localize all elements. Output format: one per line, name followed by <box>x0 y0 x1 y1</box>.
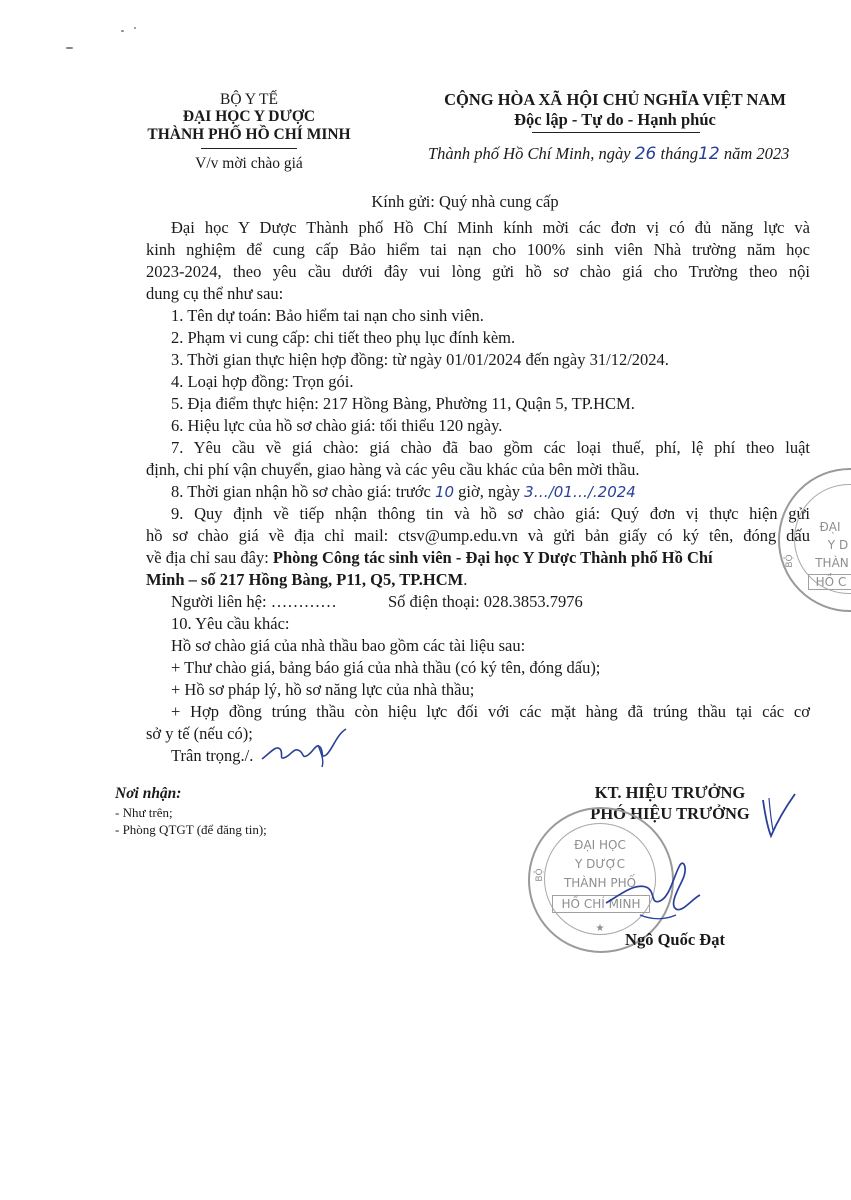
contact-phone: Số điện thoại: 028.3853.7976 <box>388 592 583 612</box>
edge-stamp-text-2: Y D <box>818 538 851 552</box>
recipient-2: - Phòng QTGT (để đăng tin); <box>115 822 267 838</box>
document-subject: V/v mời chào giá <box>120 155 378 173</box>
recipients-title: Nơi nhận: <box>115 785 181 803</box>
required-doc-2: + Hồ sơ pháp lý, hồ sơ năng lực của nhà … <box>171 680 474 700</box>
director-signature <box>600 835 710 935</box>
university-name-line1: ĐẠI HỌC Y DƯỢC <box>120 108 378 126</box>
item-3: 3. Thời gian thực hiện hợp đồng: từ ngày… <box>171 350 669 370</box>
item-9-line-1: 9. Quy định về tiếp nhận thông tin và hồ… <box>171 504 810 524</box>
deadline-hour-handwritten: 10 <box>435 483 454 501</box>
item-4: 4. Loại hợp đồng: Trọn gói. <box>171 372 353 392</box>
item-8-prefix: 8. Thời gian nhận hồ sơ chào giá: trước <box>171 482 431 501</box>
closing-regards: Trân trọng./. <box>171 746 253 766</box>
date-year: năm 2023 <box>724 144 790 163</box>
scan-speck <box>134 27 136 29</box>
contact-person: Người liên hệ: ………… <box>171 592 337 612</box>
date-month-handwritten: 12 <box>698 144 720 164</box>
university-name-line2: THÀNH PHỐ HỒ CHÍ MINH <box>120 126 378 144</box>
signatory-role-1: KT. HIỆU TRƯỞNG <box>555 783 785 803</box>
recipient-1: - Như trên; <box>115 805 173 821</box>
item-9-line-3: về địa chỉ sau đây: Phòng Công tác sinh … <box>146 548 713 568</box>
country-name: CỘNG HÒA XÃ HỘI CHỦ NGHĨA VIỆT NAM <box>420 90 810 110</box>
motto-underline <box>532 132 700 133</box>
item-7-line-2: định, chi phí vận chuyển, giao hàng và c… <box>146 460 639 480</box>
item-9-address-bold-end: Minh – số 217 Hồng Bàng, P11, Q5, TP.HCM <box>146 570 463 589</box>
edge-stamp-text-4: HỒ C <box>808 574 851 590</box>
edge-stamp-text-3: THÀN <box>812 556 851 570</box>
item-10-title: 10. Yêu cầu khác: <box>171 614 290 634</box>
deadline-date-handwritten: 3…/01…/.2024 <box>524 483 636 501</box>
edge-stamp-text-1: ĐẠI <box>810 520 850 534</box>
item-9-address-lead: về địa chỉ sau đây: <box>146 548 273 567</box>
item-8: 8. Thời gian nhận hồ sơ chào giá: trước … <box>171 482 636 502</box>
header-left-underline <box>201 148 297 149</box>
item-9-address-bold: Phòng Công tác sinh viên - Đại học Y Dượ… <box>273 548 713 567</box>
date-day-handwritten: 26 <box>635 144 657 164</box>
item-8-hour-label: giờ, ngày <box>458 482 520 501</box>
item-1: 1. Tên dự toán: Bảo hiểm tai nạn cho sin… <box>171 306 484 326</box>
item-9-line-4: Minh – số 217 Hồng Bàng, P11, Q5, TP.HCM… <box>146 570 467 590</box>
ministry-name: BỘ Y TẾ <box>120 91 378 109</box>
signatory-name: Ngô Quốc Đạt <box>560 930 790 950</box>
document-date: Thành phố Hồ Chí Minh, ngày 26 tháng12 n… <box>428 144 789 164</box>
scan-speck <box>66 47 73 49</box>
national-motto: Độc lập - Tự do - Hạnh phúc <box>420 110 810 130</box>
date-prefix: Thành phố Hồ Chí Minh, ngày <box>428 144 631 163</box>
intro-line-4: dung cụ thể như sau: <box>146 284 283 304</box>
item-9-period: . <box>463 570 467 589</box>
approval-mark <box>755 790 800 845</box>
intro-line-2: kinh nghiệm để cung cấp Bảo hiểm tai nạn… <box>146 240 810 260</box>
required-doc-3-line-2: sở y tế (nếu có); <box>146 724 253 744</box>
required-doc-3-line-1: + Hợp đồng trúng thầu còn hiệu lực đối v… <box>171 702 810 722</box>
item-9-line-2: hồ sơ chào giá về địa chỉ mail: ctsv@ump… <box>146 526 810 546</box>
required-doc-1: + Thư chào giá, bảng báo giá của nhà thầ… <box>171 658 600 678</box>
salutation: Kính gửi: Quý nhà cung cấp <box>120 192 810 212</box>
initials-signature <box>258 725 353 770</box>
stamp-side-text: BỘ <box>535 865 545 885</box>
item-5: 5. Địa điểm thực hiện: 217 Hồng Bàng, Ph… <box>171 394 635 414</box>
edge-stamp-side-text: BỘ <box>785 553 795 569</box>
item-2: 2. Phạm vi cung cấp: chi tiết theo phụ l… <box>171 328 515 348</box>
item-6: 6. Hiệu lực của hồ sơ chào giá: tối thiể… <box>171 416 502 436</box>
scan-speck <box>121 30 124 32</box>
item-10-intro: Hồ sơ chào giá của nhà thầu bao gồm các … <box>171 636 525 656</box>
intro-line-3: 2023-2024, theo yêu cầu dưới đây vui lòn… <box>146 262 810 282</box>
date-month-label: tháng <box>660 144 698 163</box>
item-7-line-1: 7. Yêu cầu về giá chào: giá chào đã bao … <box>171 438 810 458</box>
intro-line-1: Đại học Y Dược Thành phố Hồ Chí Minh kín… <box>171 218 810 238</box>
